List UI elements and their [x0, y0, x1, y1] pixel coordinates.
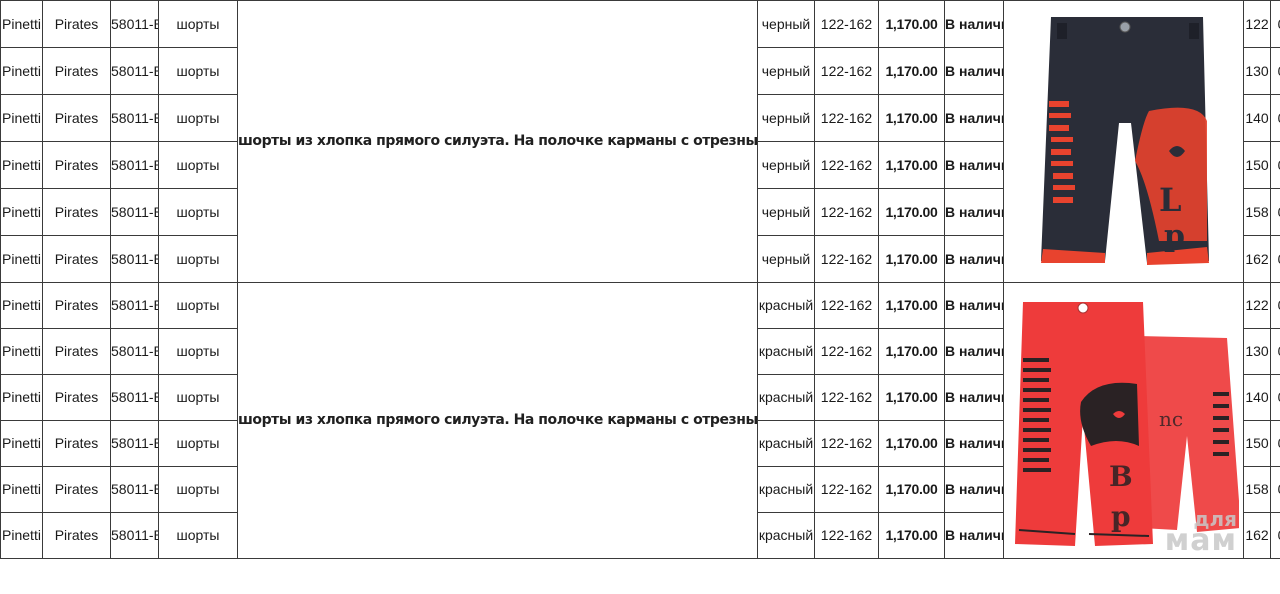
collection-text: Pirates [55, 251, 99, 267]
type-text: шорты [177, 157, 220, 173]
cell-brand[interactable]: Pinetti [1, 1, 43, 48]
cell-price[interactable]: 1,170.00 [879, 48, 945, 95]
cell-brand[interactable]: Pinetti [1, 189, 43, 236]
cell-photo[interactable]: L p [1004, 1, 1244, 283]
collection-text: Pirates [55, 343, 99, 359]
cell-brand[interactable]: Pinetti [1, 329, 43, 375]
cell-type[interactable]: шорты [159, 375, 238, 421]
cell-type[interactable]: шорты [159, 329, 238, 375]
size-range-text: 122-162 [821, 204, 872, 220]
cell-extra[interactable]: 0 [1271, 329, 1280, 375]
availability-text: В наличии [945, 63, 1004, 79]
article-text: 58011-B [111, 527, 159, 543]
svg-text:p: p [1111, 500, 1131, 533]
height-text: 130 [1245, 63, 1268, 79]
type-text: шорты [177, 110, 220, 126]
cell-article[interactable]: 58011-B [111, 142, 159, 189]
cell-brand[interactable]: Pinetti [1, 513, 43, 559]
cell-availability[interactable]: В наличии [945, 329, 1004, 375]
brand-text: Pinetti [2, 481, 41, 497]
cell-height[interactable]: 122 [1244, 283, 1271, 329]
cell-collection[interactable]: Pirates [43, 421, 111, 467]
availability-text: В наличии [945, 527, 1004, 543]
price-text: 1,170.00 [885, 63, 937, 79]
cell-availability[interactable]: В наличии [945, 189, 1004, 236]
price-text: 1,170.00 [885, 157, 937, 173]
price-text: 1,170.00 [885, 297, 937, 313]
collection-text: Pirates [55, 204, 99, 220]
type-text: шорты [177, 527, 220, 543]
product-photo: L p [1004, 1, 1243, 282]
cell-availability[interactable]: В наличии [945, 95, 1004, 142]
cell-size-range[interactable]: 122-162 [815, 48, 879, 95]
color-text: черный [762, 63, 810, 79]
svg-text:p: p [1164, 219, 1185, 254]
size-range-text: 122-162 [821, 481, 872, 497]
cell-extra[interactable]: 0 [1271, 95, 1280, 142]
collection-text: Pirates [55, 297, 99, 313]
cell-collection[interactable]: Pirates [43, 1, 111, 48]
black-shorts-photo: L p [1039, 11, 1209, 273]
size-range-text: 122-162 [821, 389, 872, 405]
brand-text: Pinetti [2, 389, 41, 405]
cell-size-range[interactable]: 122-162 [815, 421, 879, 467]
size-range-text: 122-162 [821, 343, 872, 359]
type-text: шорты [177, 343, 220, 359]
description-text: шорты из хлопка прямого силуэта. На поло… [238, 133, 758, 149]
cell-height[interactable]: 150 [1244, 142, 1271, 189]
height-text: 130 [1245, 343, 1268, 359]
cell-price[interactable]: 1,170.00 [879, 421, 945, 467]
cell-collection[interactable]: Pirates [43, 513, 111, 559]
cell-price[interactable]: 1,170.00 [879, 513, 945, 559]
height-text: 150 [1245, 435, 1268, 451]
price-text: 1,170.00 [885, 435, 937, 451]
cell-size-range[interactable]: 122-162 [815, 467, 879, 513]
svg-text:B: B [1109, 460, 1133, 493]
cell-type[interactable]: шорты [159, 48, 238, 95]
cell-size-range[interactable]: 122-162 [815, 236, 879, 283]
color-text: красный [759, 389, 813, 405]
cell-brand[interactable]: Pinetti [1, 142, 43, 189]
cell-collection[interactable]: Pirates [43, 283, 111, 329]
cell-extra[interactable]: 0 [1271, 189, 1280, 236]
availability-text: В наличии [945, 204, 1004, 220]
cell-color[interactable]: красный [758, 421, 815, 467]
cell-height[interactable]: 130 [1244, 329, 1271, 375]
collection-text: Pirates [55, 157, 99, 173]
cell-height[interactable]: 130 [1244, 48, 1271, 95]
cell-brand[interactable]: Pinetti [1, 236, 43, 283]
cell-price[interactable]: 1,170.00 [879, 467, 945, 513]
cell-height[interactable]: 150 [1244, 421, 1271, 467]
height-text: 162 [1245, 527, 1268, 543]
cell-type[interactable]: шорты [159, 1, 238, 48]
cell-collection[interactable]: Pirates [43, 189, 111, 236]
article-text: 58011-B [111, 204, 159, 220]
table-row[interactable]: Pinetti Pirates 58011-B шорты шорты из х… [1, 1, 1280, 48]
cell-price[interactable]: 1,170.00 [879, 329, 945, 375]
brand-text: Pinetti [2, 297, 41, 313]
cell-availability[interactable]: В наличии [945, 421, 1004, 467]
color-text: черный [762, 16, 810, 32]
cell-size-range[interactable]: 122-162 [815, 283, 879, 329]
article-text: 58011-B [111, 435, 159, 451]
price-text: 1,170.00 [885, 481, 937, 497]
color-text: красный [759, 481, 813, 497]
color-text: черный [762, 157, 810, 173]
cell-type[interactable]: шорты [159, 283, 238, 329]
cell-price[interactable]: 1,170.00 [879, 236, 945, 283]
cell-color[interactable]: черный [758, 189, 815, 236]
cell-availability[interactable]: В наличии [945, 236, 1004, 283]
cell-size-range[interactable]: 122-162 [815, 329, 879, 375]
cell-photo[interactable]: B p nc длямам [1004, 283, 1244, 559]
cell-brand[interactable]: Pinetti [1, 421, 43, 467]
height-text: 158 [1245, 204, 1268, 220]
color-text: красный [759, 527, 813, 543]
cell-height[interactable]: 158 [1244, 189, 1271, 236]
availability-text: В наличии [945, 297, 1004, 313]
price-text: 1,170.00 [885, 251, 937, 267]
cell-size-range[interactable]: 122-162 [815, 95, 879, 142]
collection-text: Pirates [55, 110, 99, 126]
brand-text: Pinetti [2, 157, 41, 173]
cell-brand[interactable]: Pinetti [1, 375, 43, 421]
cell-color[interactable]: черный [758, 48, 815, 95]
cell-extra[interactable]: 0 [1271, 48, 1280, 95]
cell-extra[interactable]: 0 [1271, 421, 1280, 467]
article-text: 58011-B [111, 157, 159, 173]
cell-size-range[interactable]: 122-162 [815, 513, 879, 559]
cell-brand[interactable]: Pinetti [1, 467, 43, 513]
cell-type[interactable]: шорты [159, 421, 238, 467]
product-table: Pinetti Pirates 58011-B шорты шорты из х… [0, 0, 1280, 559]
svg-text:nc: nc [1159, 407, 1183, 431]
cell-article[interactable]: 58011-B [111, 48, 159, 95]
price-text: 1,170.00 [885, 204, 937, 220]
cell-type[interactable]: шорты [159, 189, 238, 236]
cell-type[interactable]: шорты [159, 467, 238, 513]
cell-availability[interactable]: В наличии [945, 142, 1004, 189]
height-text: 158 [1245, 481, 1268, 497]
cell-extra[interactable]: 0 [1271, 375, 1280, 421]
height-text: 140 [1245, 389, 1268, 405]
cell-brand[interactable]: Pinetti [1, 283, 43, 329]
cell-type[interactable]: шорты [159, 513, 238, 559]
brand-text: Pinetti [2, 204, 41, 220]
cell-collection[interactable]: Pirates [43, 329, 111, 375]
cell-collection[interactable]: Pirates [43, 467, 111, 513]
cell-height[interactable]: 162 [1244, 236, 1271, 283]
article-text: 58011-B [111, 297, 159, 313]
cell-article[interactable]: 58011-B [111, 283, 159, 329]
type-text: шорты [177, 389, 220, 405]
cell-height[interactable]: 162 [1244, 513, 1271, 559]
price-text: 1,170.00 [885, 389, 937, 405]
availability-text: В наличии [945, 481, 1004, 497]
cell-size-range[interactable]: 122-162 [815, 142, 879, 189]
cell-price[interactable]: 1,170.00 [879, 189, 945, 236]
type-text: шорты [177, 297, 220, 313]
cell-extra[interactable]: 0 [1271, 142, 1280, 189]
color-text: красный [759, 435, 813, 451]
collection-text: Pirates [55, 435, 99, 451]
cell-price[interactable]: 1,170.00 [879, 95, 945, 142]
color-text: черный [762, 251, 810, 267]
cell-article[interactable]: 58011-B [111, 189, 159, 236]
size-range-text: 122-162 [821, 297, 872, 313]
height-text: 150 [1245, 157, 1268, 173]
color-text: черный [762, 204, 810, 220]
cell-price[interactable]: 1,170.00 [879, 283, 945, 329]
description-text: шорты из хлопка прямого силуэта. На поло… [238, 412, 758, 428]
cell-color[interactable]: черный [758, 95, 815, 142]
cell-height[interactable]: 122 [1244, 1, 1271, 48]
cell-extra[interactable]: 0 [1271, 236, 1280, 283]
size-range-text: 122-162 [821, 110, 872, 126]
cell-article[interactable]: 58011-B [111, 236, 159, 283]
brand-text: Pinetti [2, 343, 41, 359]
cell-type[interactable]: шорты [159, 236, 238, 283]
cell-height[interactable]: 140 [1244, 375, 1271, 421]
type-text: шорты [177, 16, 220, 32]
height-text: 140 [1245, 110, 1268, 126]
cell-article[interactable]: 58011-B [111, 513, 159, 559]
cell-article[interactable]: 58011-B [111, 329, 159, 375]
cell-availability[interactable]: В наличии [945, 513, 1004, 559]
color-text: красный [759, 343, 813, 359]
cell-availability[interactable]: В наличии [945, 48, 1004, 95]
brand-text: Pinetti [2, 435, 41, 451]
cell-article[interactable]: 58011-B [111, 467, 159, 513]
size-range-text: 122-162 [821, 435, 872, 451]
height-text: 162 [1245, 251, 1268, 267]
cell-availability[interactable]: В наличии [945, 1, 1004, 48]
article-text: 58011-B [111, 63, 159, 79]
cell-article[interactable]: 58011-B [111, 95, 159, 142]
cell-price[interactable]: 1,170.00 [879, 142, 945, 189]
size-range-text: 122-162 [821, 63, 872, 79]
collection-text: Pirates [55, 389, 99, 405]
cell-type[interactable]: шорты [159, 142, 238, 189]
cell-color[interactable]: красный [758, 283, 815, 329]
table-body: Pinetti Pirates 58011-B шорты шорты из х… [1, 1, 1280, 559]
cell-size-range[interactable]: 122-162 [815, 1, 879, 48]
cell-height[interactable]: 158 [1244, 467, 1271, 513]
cell-extra[interactable]: 0 [1271, 513, 1280, 559]
cell-extra[interactable]: 0 [1271, 1, 1280, 48]
cell-color[interactable]: красный [758, 329, 815, 375]
brand-text: Pinetti [2, 16, 41, 32]
cell-color[interactable]: красный [758, 467, 815, 513]
brand-text: Pinetti [2, 63, 41, 79]
cell-color[interactable]: красный [758, 375, 815, 421]
size-range-text: 122-162 [821, 16, 872, 32]
cell-size-range[interactable]: 122-162 [815, 189, 879, 236]
article-text: 58011-B [111, 16, 159, 32]
type-text: шорты [177, 481, 220, 497]
cell-availability[interactable]: В наличии [945, 375, 1004, 421]
article-text: 58011-B [111, 481, 159, 497]
type-text: шорты [177, 435, 220, 451]
cell-availability[interactable]: В наличии [945, 283, 1004, 329]
cell-description[interactable]: шорты из хлопка прямого силуэта. На поло… [238, 1, 758, 283]
watermark-logo: длямам [1165, 508, 1237, 552]
color-text: красный [759, 297, 813, 313]
cell-article[interactable]: 58011-B [111, 375, 159, 421]
brand-text: Pinetti [2, 251, 41, 267]
availability-text: В наличии [945, 435, 1004, 451]
cell-brand[interactable]: Pinetti [1, 48, 43, 95]
article-text: 58011-B [111, 389, 159, 405]
cell-brand[interactable]: Pinetti [1, 95, 43, 142]
brand-text: Pinetti [2, 527, 41, 543]
cell-type[interactable]: шорты [159, 95, 238, 142]
cell-collection[interactable]: Pirates [43, 375, 111, 421]
cell-collection[interactable]: Pirates [43, 95, 111, 142]
table-row[interactable]: Pinetti Pirates 58011-B шорты шорты из х… [1, 283, 1280, 329]
cell-extra[interactable]: 0 [1271, 467, 1280, 513]
availability-text: В наличии [945, 251, 1004, 267]
height-text: 122 [1245, 297, 1268, 313]
cell-price[interactable]: 1,170.00 [879, 375, 945, 421]
price-text: 1,170.00 [885, 16, 937, 32]
brand-text: Pinetti [2, 110, 41, 126]
cell-color[interactable]: красный [758, 513, 815, 559]
price-text: 1,170.00 [885, 527, 937, 543]
type-text: шорты [177, 204, 220, 220]
collection-text: Pirates [55, 481, 99, 497]
cell-price[interactable]: 1,170.00 [879, 1, 945, 48]
type-text: шорты [177, 63, 220, 79]
cell-collection[interactable]: Pirates [43, 48, 111, 95]
watermark-line2: мам [1165, 530, 1237, 552]
size-range-text: 122-162 [821, 527, 872, 543]
collection-text: Pirates [55, 16, 99, 32]
article-text: 58011-B [111, 110, 159, 126]
collection-text: Pirates [55, 527, 99, 543]
availability-text: В наличии [945, 16, 1004, 32]
collection-text: Pirates [55, 63, 99, 79]
availability-text: В наличии [945, 110, 1004, 126]
type-text: шорты [177, 251, 220, 267]
color-text: черный [762, 110, 810, 126]
cell-description[interactable]: шорты из хлопка прямого силуэта. На поло… [238, 283, 758, 559]
cell-color[interactable]: черный [758, 142, 815, 189]
availability-text: В наличии [945, 343, 1004, 359]
cell-article[interactable]: 58011-B [111, 1, 159, 48]
price-text: 1,170.00 [885, 110, 937, 126]
size-range-text: 122-162 [821, 251, 872, 267]
cell-size-range[interactable]: 122-162 [815, 375, 879, 421]
size-range-text: 122-162 [821, 157, 872, 173]
cell-article[interactable]: 58011-B [111, 421, 159, 467]
availability-text: В наличии [945, 389, 1004, 405]
cell-color[interactable]: черный [758, 1, 815, 48]
availability-text: В наличии [945, 157, 1004, 173]
cell-color[interactable]: черный [758, 236, 815, 283]
cell-collection[interactable]: Pirates [43, 236, 111, 283]
cell-availability[interactable]: В наличии [945, 467, 1004, 513]
article-text: 58011-B [111, 251, 159, 267]
article-text: 58011-B [111, 343, 159, 359]
cell-extra[interactable]: 0 [1271, 283, 1280, 329]
cell-collection[interactable]: Pirates [43, 142, 111, 189]
price-text: 1,170.00 [885, 343, 937, 359]
height-text: 122 [1245, 16, 1268, 32]
svg-text:L: L [1159, 181, 1182, 219]
cell-height[interactable]: 140 [1244, 95, 1271, 142]
